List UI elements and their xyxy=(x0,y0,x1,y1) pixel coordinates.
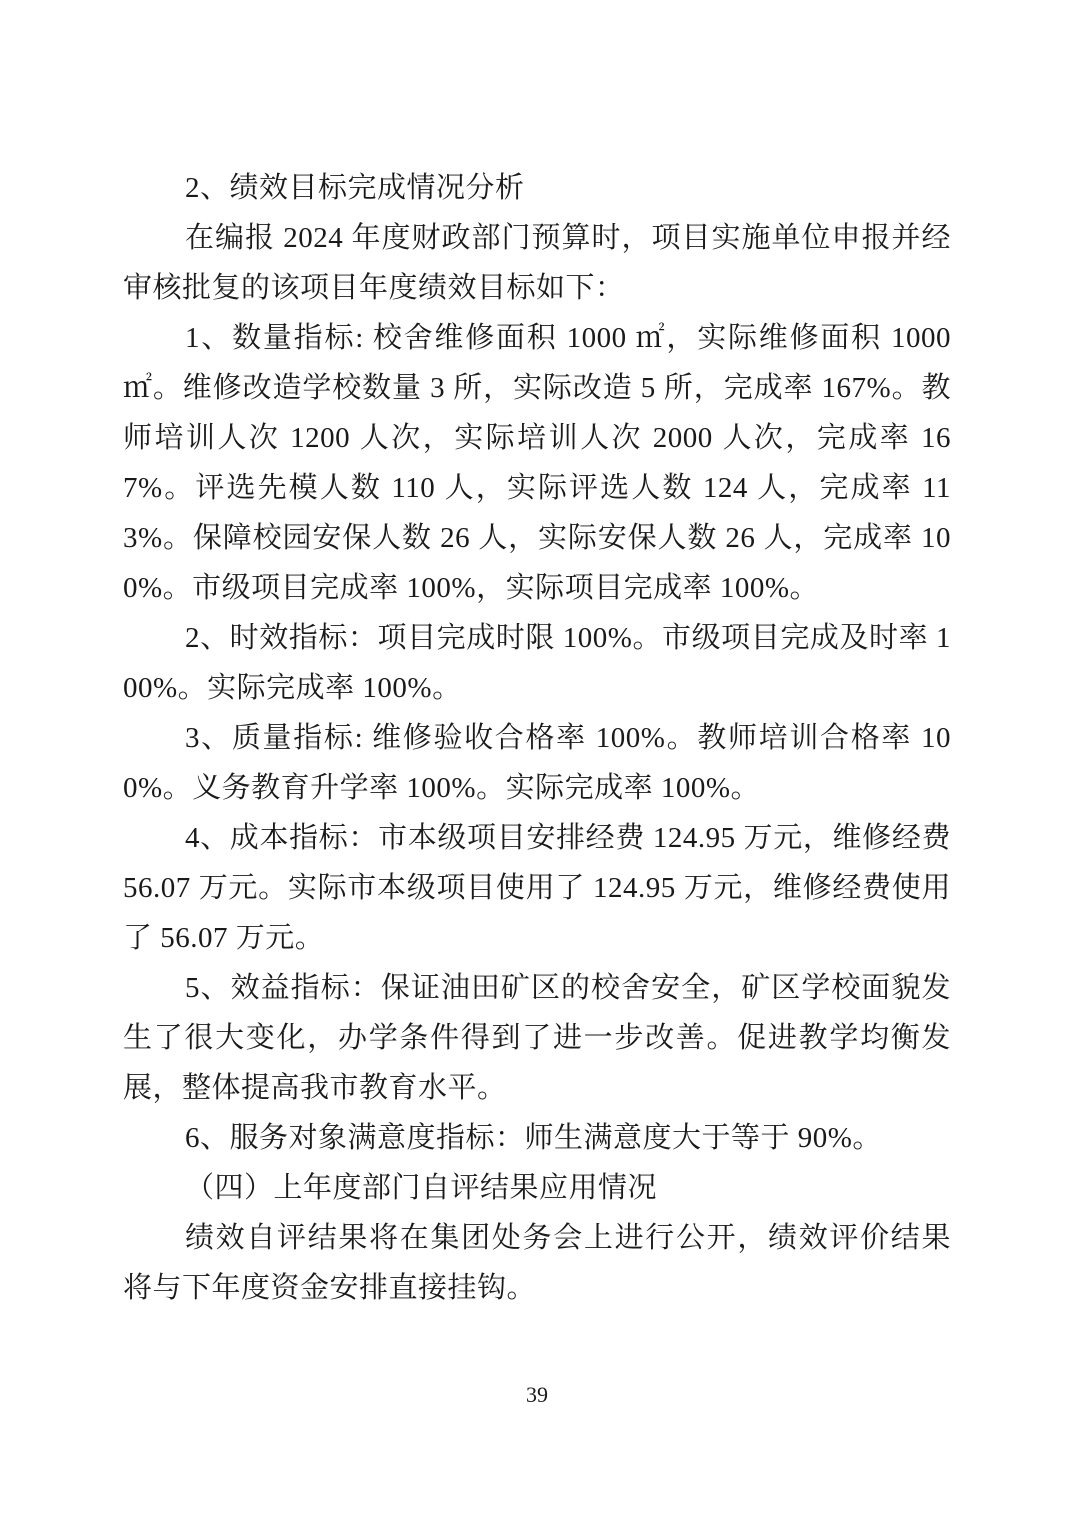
paragraph: 2、时效指标：项目完成时限 100%。市级项目完成及时率 100%。实际完成率 … xyxy=(123,613,951,713)
page-number: 39 xyxy=(0,1381,1074,1409)
paragraph: 5、效益指标：保证油田矿区的校舍安全，矿区学校面貌发生了很大变化，办学条件得到了… xyxy=(123,963,951,1113)
paragraph: 1、数量指标: 校舍维修面积 1000 ㎡，实际维修面积 1000 ㎡。维修改造… xyxy=(123,313,951,613)
paragraph: 在编报 2024 年度财政部门预算时，项目实施单位申报并经审核批复的该项目年度绩… xyxy=(123,213,951,313)
paragraph: 绩效自评结果将在集团处务会上进行公开，绩效评价结果将与下年度资金安排直接挂钩。 xyxy=(123,1213,951,1313)
paragraph: 6、服务对象满意度指标：师生满意度大于等于 90%。 xyxy=(123,1113,951,1163)
document-body: 2、绩效目标完成情况分析 在编报 2024 年度财政部门预算时，项目实施单位申报… xyxy=(123,163,951,1313)
document-page: 2、绩效目标完成情况分析 在编报 2024 年度财政部门预算时，项目实施单位申报… xyxy=(0,0,1074,1520)
paragraph: 4、成本指标：市本级项目安排经费 124.95 万元，维修经费 56.07 万元… xyxy=(123,813,951,963)
section-heading: 2、绩效目标完成情况分析 xyxy=(123,163,951,213)
paragraph: 3、质量指标: 维修验收合格率 100%。教师培训合格率 100%。义务教育升学… xyxy=(123,713,951,813)
subsection-heading: （四）上年度部门自评结果应用情况 xyxy=(123,1163,951,1213)
